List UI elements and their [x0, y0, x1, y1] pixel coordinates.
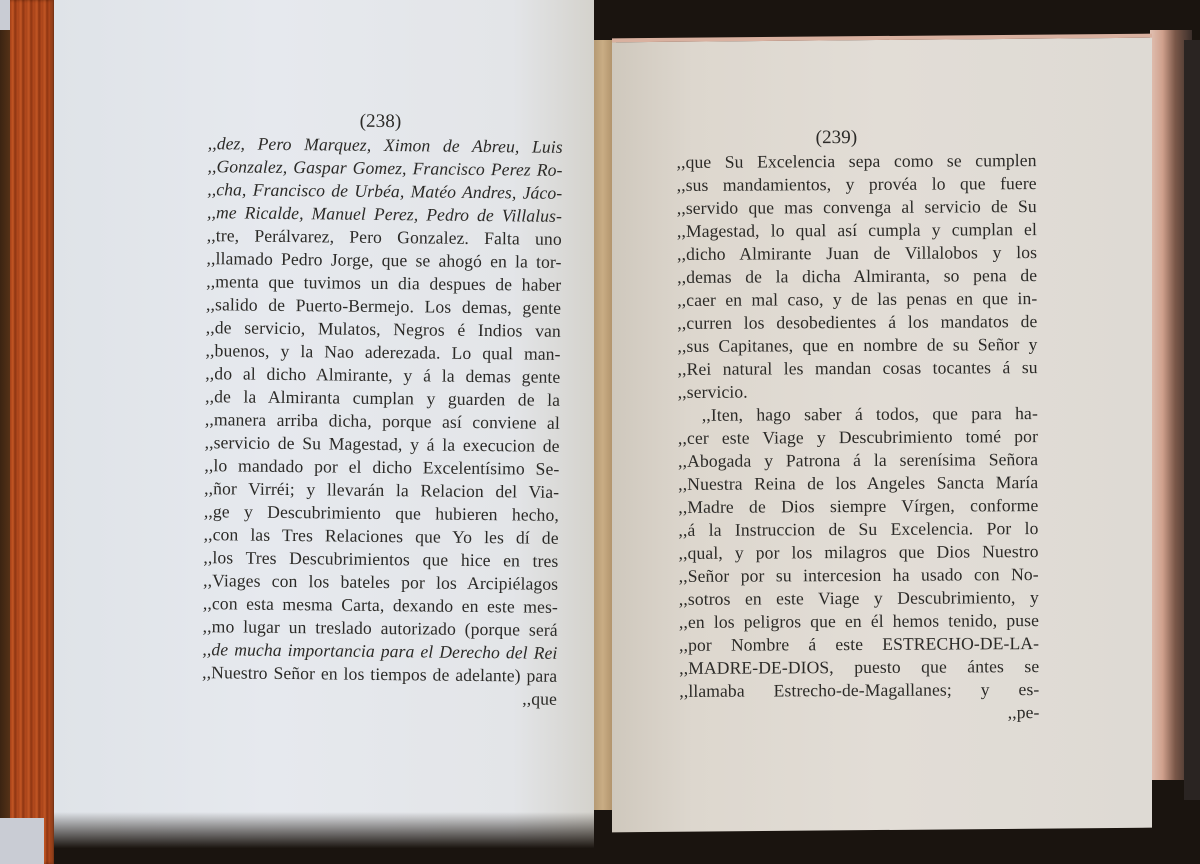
text-line: ,,Madre de Dios siempre Vírgen, conforme: [678, 494, 1038, 519]
left-page-text: (238) ,,dez, Pero Marquez, Ximon de Abre…: [202, 108, 563, 711]
text-line: ,,servicio.: [678, 379, 1038, 404]
text-line: ,,en los peligros que en él hemos tenido…: [679, 609, 1039, 634]
text-line: ,,MADRE-DE-DIOS, puesto que ántes se: [679, 655, 1039, 680]
text-line: ,,sus Capitanes, que en nombre de su Señ…: [677, 333, 1037, 358]
text-line: ,,llamaba Estrecho-de-Magallanes; y es-: [679, 678, 1039, 703]
text-line: ,,caer en mal caso, y de las penas en qu…: [677, 287, 1037, 312]
page-number: (239): [636, 125, 1036, 151]
text-line: ,,Nuestra Reina de los Angeles Sancta Ma…: [678, 471, 1038, 496]
catchword: ,,pe-: [679, 701, 1039, 726]
text-line: ,,qual, y por los milagros que Dios Nues…: [679, 540, 1039, 565]
text-line: ,,demas de la dicha Almiranta, so pena d…: [677, 264, 1037, 289]
background-surface: [0, 818, 44, 864]
text-line: ,,sus mandamientos, y provéa lo que fuer…: [677, 172, 1037, 197]
text-line: ,,Nuestro Señor en los tiempos de adelan…: [202, 661, 557, 688]
text-line: ,,sotros en este Viage y Descubrimiento,…: [679, 586, 1039, 611]
right-cover: [1184, 40, 1200, 800]
right-page-text: (239) ,,que Su Excelencia sepa como se c…: [676, 147, 1039, 726]
text-line: ,,que Su Excelencia sepa como se cumplen: [677, 149, 1037, 174]
text-line: ,,servido que mas convenga al servicio d…: [677, 195, 1037, 220]
text-line: ,,curren los desobedientes á los mandato…: [677, 310, 1037, 335]
text-lines: ,,que Su Excelencia sepa como se cumplen…: [677, 149, 1040, 703]
catchword: ,,que: [202, 684, 557, 711]
text-line: ,,Iten, hago saber á todos, que para ha-: [678, 402, 1038, 427]
open-book-photo: (238) ,,dez, Pero Marquez, Ximon de Abre…: [0, 0, 1200, 864]
text-line: ,,á la Instruccion de Su Excelencia. Por…: [678, 517, 1038, 542]
text-line: ,,Abogada y Patrona á la serenísima Seño…: [678, 448, 1038, 473]
text-line: ,,Magestad, lo qual así cumpla y cumplan…: [677, 218, 1037, 243]
text-line: ,,cer este Viage y Descubrimiento tomé p…: [678, 425, 1038, 450]
text-lines: ,,dez, Pero Marquez, Ximon de Abreu, Lui…: [202, 132, 563, 688]
text-line: ,,dicho Almirante Juan de Villalobos y l…: [677, 241, 1037, 266]
text-line: ,,Rei natural les mandan cosas tocantes …: [678, 356, 1038, 381]
shadow: [54, 812, 614, 864]
left-page-edges-red: [10, 0, 54, 864]
text-line: ,,Señor por su intercesion ha usado con …: [679, 563, 1039, 588]
text-line: ,,por Nombre á este ESTRECHO-DE-LA-: [679, 632, 1039, 657]
